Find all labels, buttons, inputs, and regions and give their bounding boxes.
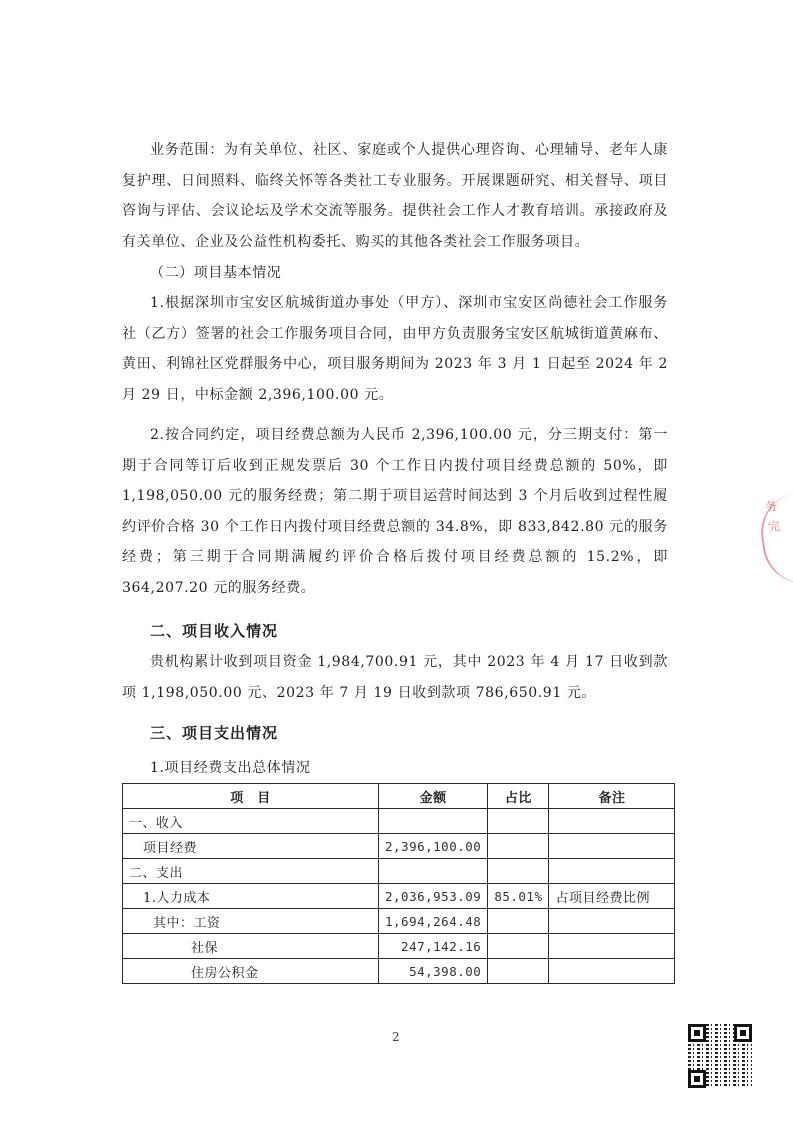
table-header-row: 项 目 金额 占比 备注 (123, 784, 675, 809)
row-ratio (488, 934, 549, 959)
row-note: 占项目经费比例 (549, 884, 675, 909)
red-seal-stamp: 务 完 (756, 492, 793, 588)
row-item: 住房公积金 (123, 959, 379, 984)
qr-finder-icon (688, 1070, 706, 1088)
row-ratio (488, 859, 549, 884)
table-row: 1.人力成本 2,036,953.09 85.01% 占项目经费比例 (123, 884, 675, 909)
qr-code-icon (686, 1022, 754, 1090)
row-ratio (488, 809, 549, 834)
row-note (549, 909, 675, 934)
table-row: 其中：工资 1,694,264.48 (123, 909, 675, 934)
row-item: 社保 (123, 934, 379, 959)
row-item: 其中：工资 (123, 909, 379, 934)
row-item: 一、收入 (123, 809, 379, 834)
header-item: 项 目 (123, 784, 379, 809)
row-amount: 2,396,100.00 (379, 834, 488, 859)
expense-table: 项 目 金额 占比 备注 一、收入 项目经费 2,396,100.00 二、支出… (122, 783, 675, 984)
row-amount (379, 809, 488, 834)
row-amount (379, 859, 488, 884)
row-amount: 1,694,264.48 (379, 909, 488, 934)
header-note: 备注 (549, 784, 675, 809)
table-row: 二、支出 (123, 859, 675, 884)
row-ratio (488, 834, 549, 859)
item-1-paragraph: 1.根据深圳市宝安区航城街道办事处（甲方）、深圳市宝安区尚德社会工作服务社（乙方… (122, 288, 668, 410)
header-ratio: 占比 (488, 784, 549, 809)
table-row: 住房公积金 54,398.00 (123, 959, 675, 984)
row-note (549, 934, 675, 959)
row-item: 项目经费 (123, 834, 379, 859)
expense-heading: 三、项目支出情况 (150, 722, 278, 743)
table-row: 一、收入 (123, 809, 675, 834)
row-ratio (488, 959, 549, 984)
income-heading: 二、项目收入情况 (150, 620, 278, 641)
expense-subheading: 1.项目经费支出总体情况 (150, 757, 311, 777)
row-ratio: 85.01% (488, 884, 549, 909)
row-amount: 2,036,953.09 (379, 884, 488, 909)
row-amount: 54,398.00 (379, 959, 488, 984)
item-2-paragraph: 2.按合同约定，项目经费总额为人民币 2,396,100.00 元，分三期支付：… (122, 420, 668, 603)
row-item: 二、支出 (123, 859, 379, 884)
row-note (549, 834, 675, 859)
income-paragraph: 贵机构累计收到项目资金 1,984,700.91 元，其中 2023 年 4 月… (122, 647, 668, 708)
table-row: 项目经费 2,396,100.00 (123, 834, 675, 859)
page-number: 2 (392, 1030, 400, 1044)
row-note (549, 959, 675, 984)
row-ratio (488, 909, 549, 934)
row-item: 1.人力成本 (123, 884, 379, 909)
business-scope-paragraph: 业务范围：为有关单位、社区、家庭或个人提供心理咨询、心理辅导、老年人康复护理、日… (122, 135, 668, 257)
row-amount: 247,142.16 (379, 934, 488, 959)
header-amount: 金额 (379, 784, 488, 809)
qr-finder-icon (688, 1024, 706, 1042)
qr-finder-icon (734, 1024, 752, 1042)
row-note (549, 859, 675, 884)
row-note (549, 809, 675, 834)
table-row: 社保 247,142.16 (123, 934, 675, 959)
section-sub-title: （二）项目基本情况 (150, 258, 281, 288)
